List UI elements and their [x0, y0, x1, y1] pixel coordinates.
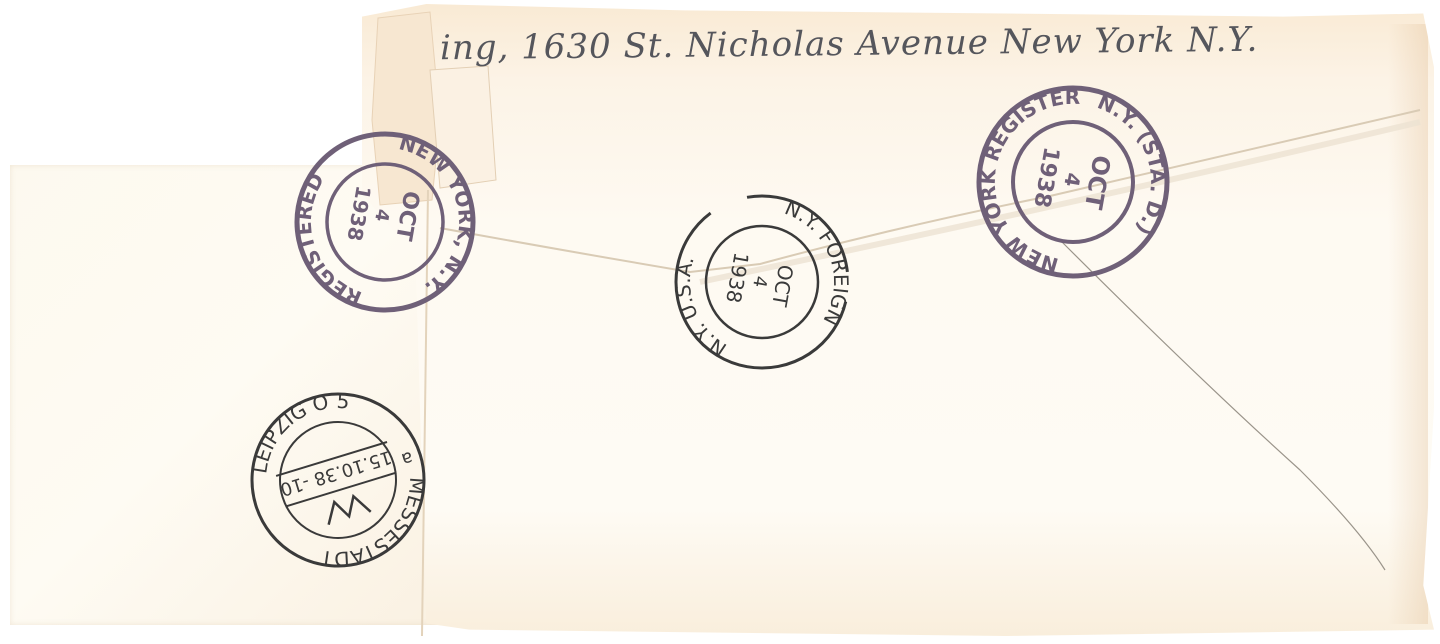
postmark-new-york-foreign: N.Y. FOREIGN N.Y. U.S.A. OCT 4 1938 — [657, 177, 867, 383]
postmark-leipzig-messestadt: MESSESTADT LEIPZIG O 5 15.10.38 -10 a — [229, 367, 449, 592]
svg-text:1938: 1938 — [1028, 145, 1063, 210]
svg-text:4: 4 — [748, 274, 771, 289]
svg-text:1938: 1938 — [342, 184, 375, 243]
svg-text:a: a — [399, 447, 416, 470]
messe-logo-icon — [323, 493, 371, 525]
return-address-handwriting: ing, 1630 St. Nicholas Avenue New York N… — [440, 20, 1259, 69]
envelope-folds: NEW YORK, N.Y. REGISTERED OCT 4 1938 N.Y… — [0, 0, 1440, 644]
postmark-new-york-sta-d-registered: N.Y. (STA. D.) NEW YORK REGISTERED OCT 4… — [960, 70, 1185, 295]
svg-text:4: 4 — [1059, 171, 1085, 189]
svg-text:1938: 1938 — [721, 251, 753, 305]
svg-text:4: 4 — [370, 207, 393, 223]
torn-paper-piece — [372, 12, 440, 205]
